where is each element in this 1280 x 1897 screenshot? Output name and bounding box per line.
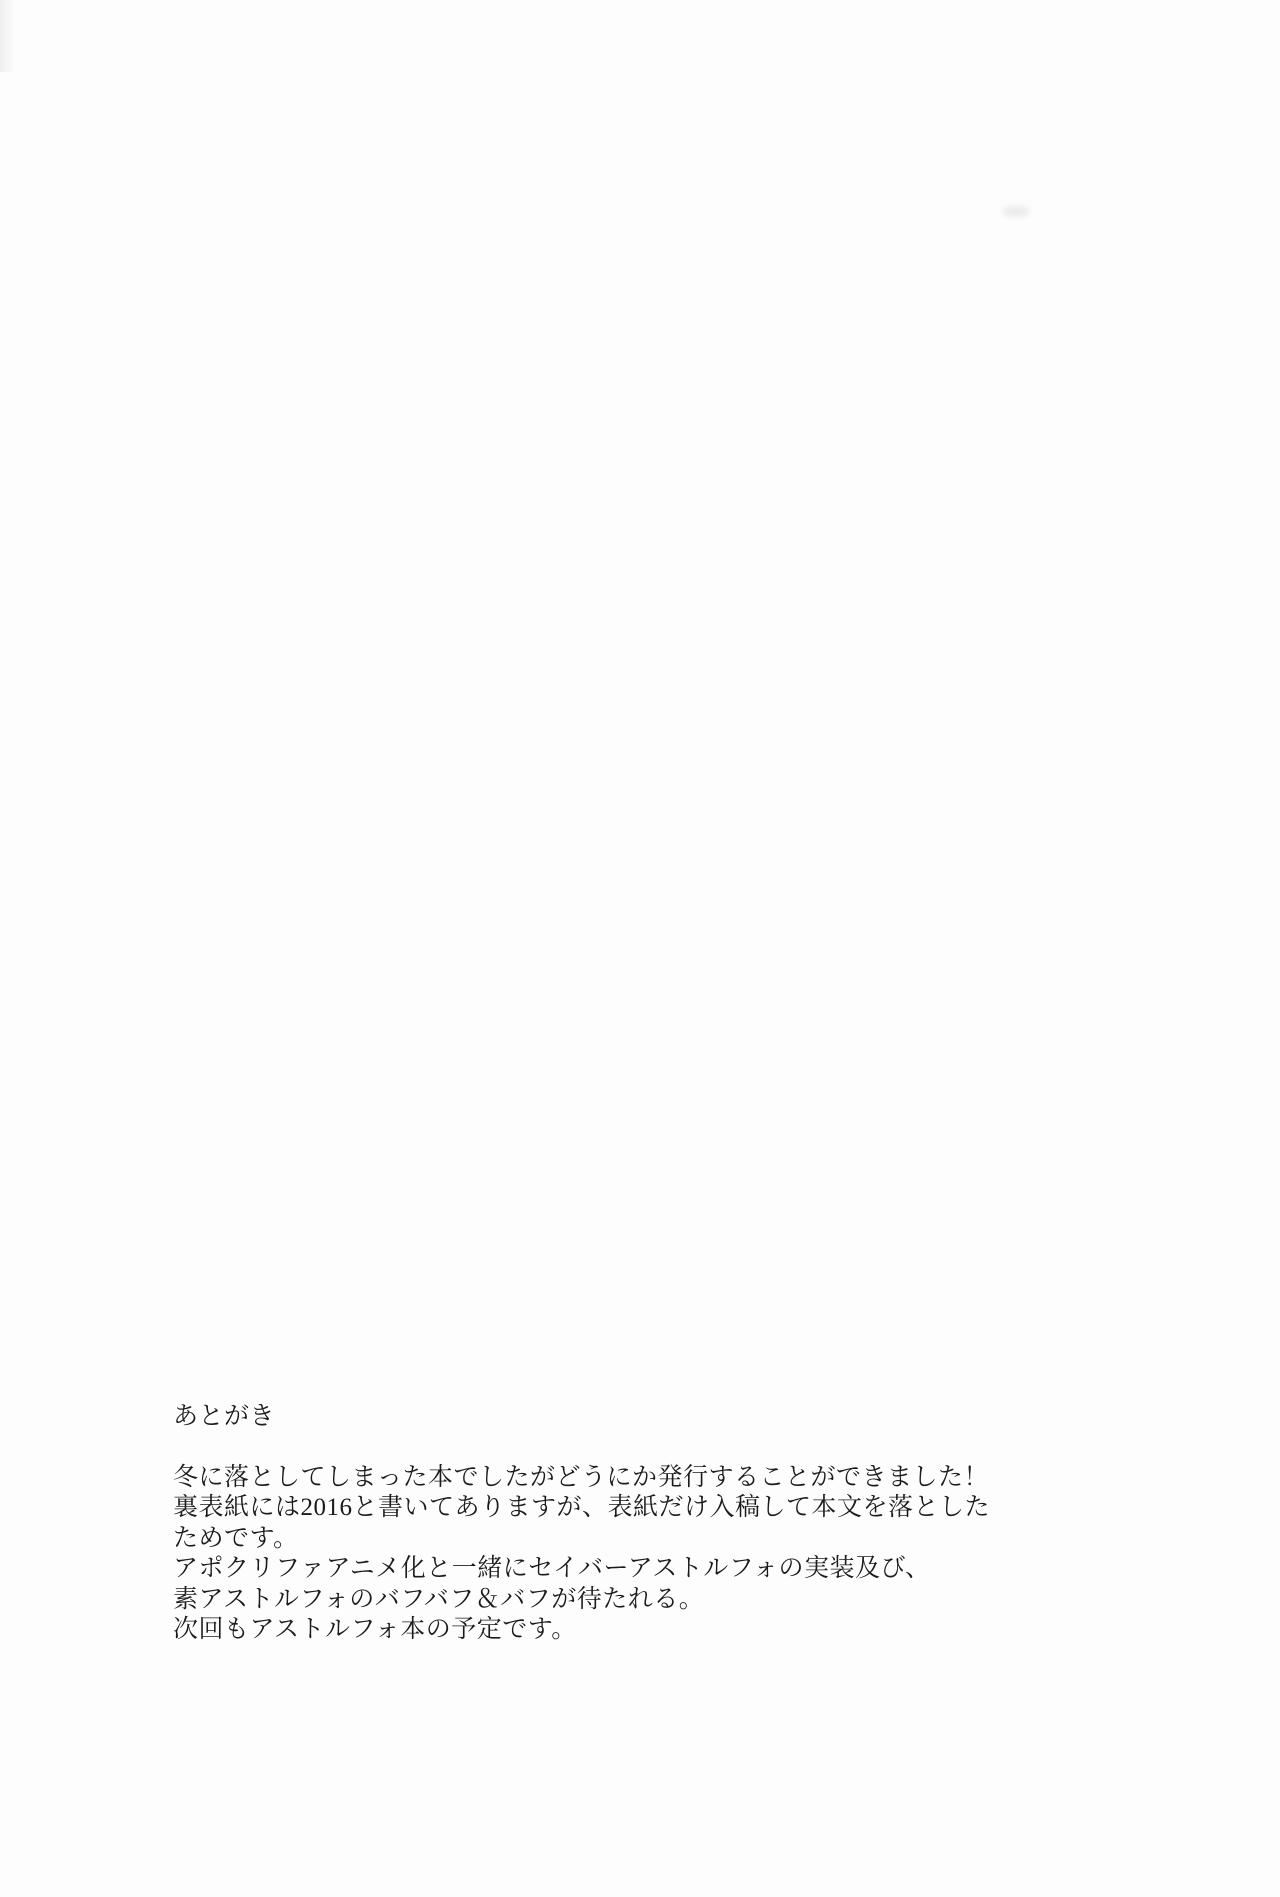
scan-smudge-artifact — [1002, 206, 1030, 217]
afterword-line-2: 裏表紙には2016と書いてありますが、表紙だけ入稿して本文を落とした — [173, 1493, 990, 1524]
afterword-line-5: 素アストルフォのバフバフ＆バフが待たれる。 — [173, 1585, 990, 1616]
afterword-line-3: ためです。 — [173, 1524, 990, 1555]
afterword-heading: あとがき — [173, 1402, 990, 1433]
afterword-block: あとがき 冬に落としてしまった本でしたがどうにか発行することができました！ 裏表… — [173, 1402, 990, 1646]
scanned-page: あとがき 冬に落としてしまった本でしたがどうにか発行することができました！ 裏表… — [0, 0, 1280, 1897]
afterword-line-4: アポクリファアニメ化と一緒にセイバーアストルフォの実装及び、 — [173, 1554, 990, 1585]
scan-edge-artifact — [0, 0, 16, 72]
afterword-line-1: 冬に落としてしまった本でしたがどうにか発行することができました！ — [173, 1463, 990, 1494]
afterword-line-6: 次回もアストルフォ本の予定です。 — [173, 1615, 990, 1646]
